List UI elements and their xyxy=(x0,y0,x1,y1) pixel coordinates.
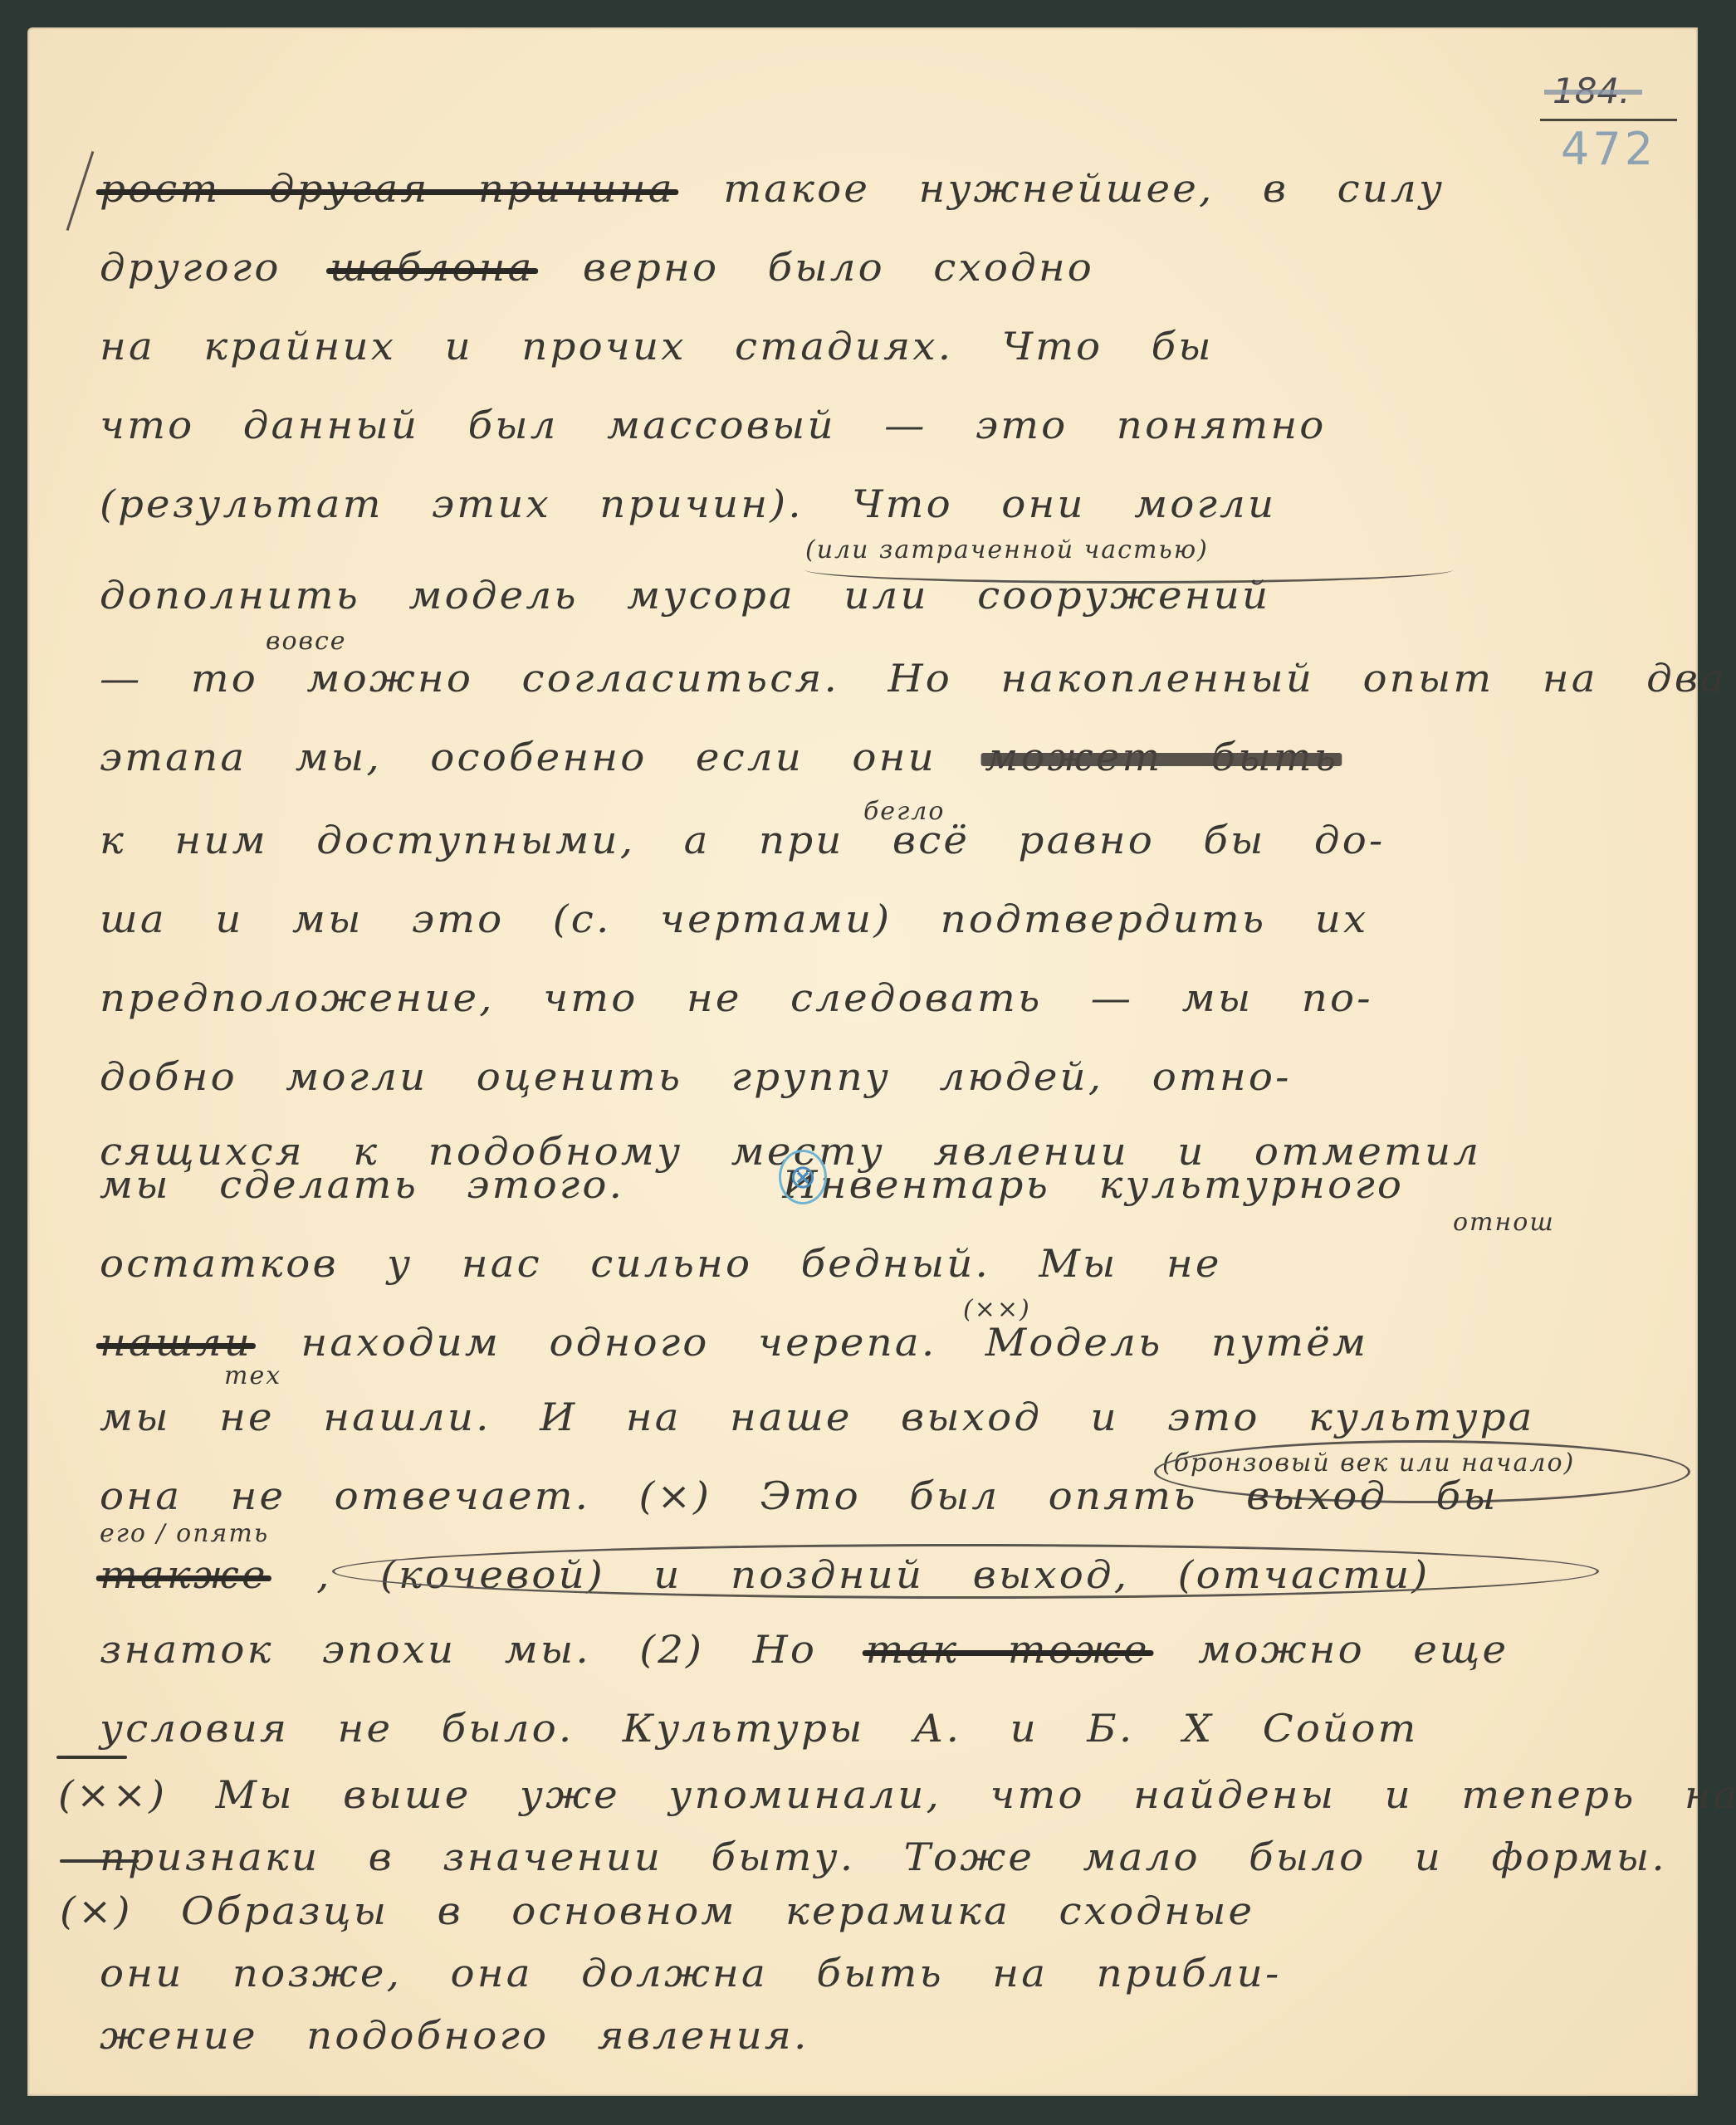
footnote-line-5: жение подобного явления. xyxy=(100,2013,809,2058)
manuscript-line-11: предположение, что не следовать — мы по- xyxy=(100,975,1373,1020)
interlinear-insertion: отнош xyxy=(1453,1208,1555,1237)
line-text: — то можно согласиться. Но накопленный о… xyxy=(100,656,1727,701)
footnote-text: (×) Образцы в основном керамика сходные xyxy=(60,1888,1254,1933)
manuscript-line-1: рост другая причина такое нужнейшее, в с… xyxy=(100,166,1445,211)
line-text: добно могли оценить группу людей, отно- xyxy=(100,1054,1292,1099)
footnote-line-2: признаки в значении быту. Тоже мало было… xyxy=(100,1834,1667,1879)
manuscript-line-15: остатков у нас сильно бедный. Мы не xyxy=(100,1241,1222,1286)
line-text: дополнить модель мусора или сооружений xyxy=(100,573,1270,618)
footnote-line-4: они позже, она должна быть на прибли- xyxy=(100,1951,1281,1996)
line-text: она не отвечает. (×) Это был опять выход… xyxy=(100,1473,1499,1518)
line-text: на крайних и прочих стадиях. Что бы xyxy=(100,324,1214,369)
line-text: условия не было. Культуры А. и Б. X Сойо… xyxy=(100,1706,1419,1751)
footnote-text: жение подобного явления. xyxy=(100,2013,809,2058)
footnote-text: (××) Мы выше уже упоминали, что найдены … xyxy=(58,1772,1736,1817)
struck-text: так тоже xyxy=(865,1627,1149,1672)
line-text: остатков у нас сильно бедный. Мы не xyxy=(100,1241,1222,1286)
line-text: этапа мы, особенно если они xyxy=(100,735,936,779)
blue-circled-cross-icon: ⊗ xyxy=(779,1150,827,1204)
manuscript-line-12: добно могли оценить группу людей, отно- xyxy=(100,1054,1292,1099)
old-page-number: 184. xyxy=(1553,71,1631,111)
line-text: ша и мы это (с. чертами) подтвердить их xyxy=(100,896,1368,941)
manuscript-line-17: мы не нашли. И на наше выход и это культ… xyxy=(100,1395,1535,1439)
manuscript-line-20: знаток эпохи мы. (2) Но так тоже можно е… xyxy=(100,1627,1509,1672)
manuscript-line-18: она не отвечает. (×) Это был опять выход… xyxy=(100,1473,1499,1518)
line-text-continued: Инвентарь культурного xyxy=(782,1162,1404,1207)
line-text: что данный был массовый — это понятно xyxy=(100,403,1327,447)
line-text: верно было сходно xyxy=(583,245,1094,290)
line-text: (результат этих причин). Что они могли xyxy=(100,481,1276,526)
manuscript-line-2: другого шаблона верно было сходно xyxy=(100,245,1094,290)
manuscript-line-5: (результат этих причин). Что они могли xyxy=(100,481,1276,526)
struck-text: рост другая причина xyxy=(100,166,675,211)
struck-text-heavy: может быть xyxy=(985,735,1338,779)
line-text-pre: другого xyxy=(100,245,281,290)
footnote-separator xyxy=(60,1859,139,1863)
footnote-text: они позже, она должна быть на прибли- xyxy=(100,1951,1281,1996)
interlinear-insertion: вовсе xyxy=(266,627,347,656)
line-text-continued: можно еще xyxy=(1198,1627,1509,1672)
interlinear-insertion: его / опять xyxy=(100,1519,269,1548)
line-text: находим одного черепа. Модель путём xyxy=(301,1320,1368,1365)
manuscript-line-16: нашли находим одного черепа. Модель путё… xyxy=(100,1320,1368,1365)
page-number-divider xyxy=(1540,119,1677,121)
footnote-line-3: (×) Образцы в основном керамика сходные xyxy=(60,1888,1254,1933)
footnote-separator xyxy=(56,1756,127,1759)
manuscript-line-10: ша и мы это (с. чертами) подтвердить их xyxy=(100,896,1368,941)
line-text: мы сделать этого. xyxy=(100,1162,624,1207)
interlinear-insertion: тех xyxy=(224,1361,281,1390)
footnote-line-1: (××) Мы выше уже упоминали, что найдены … xyxy=(58,1772,1736,1817)
insertion-loop xyxy=(332,1544,1599,1599)
manuscript-line-3: на крайних и прочих стадиях. Что бы xyxy=(100,324,1214,369)
manuscript-line-21: условия не было. Культуры А. и Б. X Сойо… xyxy=(100,1706,1419,1751)
line-text: мы не нашли. И на наше выход и это культ… xyxy=(100,1395,1535,1439)
footnote-text: признаки в значении быту. Тоже мало было… xyxy=(100,1834,1667,1879)
line-text: знаток эпохи мы. (2) Но xyxy=(100,1627,817,1672)
manuscript-line-8: этапа мы, особенно если они может быть xyxy=(100,735,1338,779)
manuscript-line-14: мы сделать этого. Инвентарь культурного xyxy=(100,1162,1404,1207)
manuscript-line-7: — то можно согласиться. Но накопленный о… xyxy=(100,656,1727,701)
line-text: такое нужнейшее, в силу xyxy=(723,166,1445,211)
manuscript-line-9: к ним доступными, а при всё равно бы до- xyxy=(100,818,1385,862)
blue-mark-glyph: ⊗ xyxy=(789,1158,817,1196)
manuscript-line-4: что данный был массовый — это понятно xyxy=(100,403,1327,447)
new-page-number: 472 xyxy=(1561,123,1656,175)
struck-text: нашли xyxy=(100,1320,252,1365)
struck-text: шаблона xyxy=(330,245,535,290)
line-text: к ним доступными, а при всё равно бы до- xyxy=(100,818,1385,862)
line-text: предположение, что не следовать — мы по- xyxy=(100,975,1373,1020)
struck-text: также xyxy=(100,1552,268,1597)
manuscript-line-6: дополнить модель мусора или сооружений xyxy=(100,573,1270,618)
